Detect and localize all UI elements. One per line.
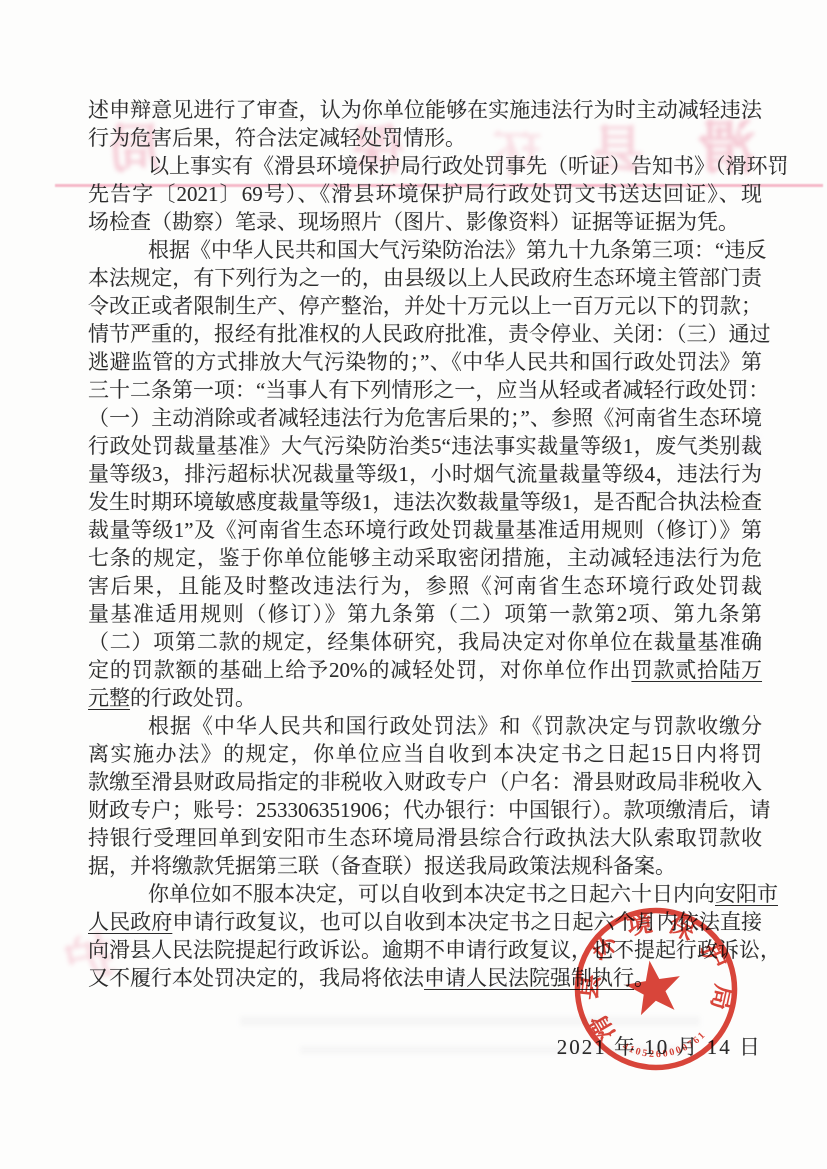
document-body: 述申辩意见进行了审查，认为你单位能够在实施违法行为时主动减轻违法行为危害后果，符…: [88, 96, 762, 992]
text-segment: 先告字〔2021〕69号）、《滑县环境保护局行政处罚文书送达回证》、现: [88, 182, 762, 206]
text-segment: 述申辩意见进行了审查，认为你单位能够在实施违法行为时主动减轻违法: [88, 98, 762, 122]
text-line: 据，并将缴款凭据第三联（备查联）报送我局政策法规科备案。: [88, 852, 762, 880]
text-segment: 。: [634, 966, 655, 990]
text-line: 量基准适用规则（修订）》第九条第（二）项第一款第2项、第九条第: [88, 600, 762, 628]
text-segment: 根据《中华人民共和国大气污染防治法》第九十九条第三项：“违反: [148, 238, 766, 262]
text-line: 元整的行政处罚。: [88, 684, 762, 712]
text-line: 离实施办法》的规定，你单位应当自收到本决定书之日起15日内将罚: [88, 740, 762, 768]
text-segment: 据，并将缴款凭据第三联（备查联）报送我局政策法规科备案。: [88, 854, 676, 878]
text-segment: 三十二条第一项：“当事人有下列情形之一，应当从轻或者减轻行政处罚：: [88, 378, 769, 402]
underlined-text: 元整: [88, 686, 130, 710]
text-segment: 害后果，且能及时整改违法行为，参照《河南省生态环境行政处罚裁: [88, 574, 762, 598]
text-segment: 定的罚款额的基础上给予20%的减轻处罚，对你单位作出: [88, 658, 631, 682]
text-segment: 令改正或者限制生产、停产整治，并处十万元以上一百万元以下的罚款；: [88, 294, 762, 318]
text-line: 令改正或者限制生产、停产整治，并处十万元以上一百万元以下的罚款；: [88, 292, 762, 320]
text-segment: 量等级3，排污超标状况裁量等级1，小时烟气流量裁量等级4，违法行为: [88, 462, 762, 486]
text-segment: （二）项第二款的规定，经集体研究，我局决定对你单位在裁量基准确: [88, 630, 762, 654]
text-line: 又不履行本处罚决定的，我局将依法申请人民法院强制执行。: [88, 964, 762, 992]
text-segment: 持银行受理回单到安阳市生态环境局滑县综合行政执法大队索取罚款收: [88, 826, 762, 850]
text-segment: 你单位如不服本决定，可以自收到本决定书之日起六十日内向: [148, 882, 715, 906]
text-segment: 量基准适用规则（修订）》第九条第（二）项第一款第2项、第九条第: [88, 602, 762, 626]
text-line: 发生时期环境敏感度裁量等级1，违法次数裁量等级1，是否配合执法检查: [88, 488, 762, 516]
text-line: 先告字〔2021〕69号）、《滑县环境保护局行政处罚文书送达回证》、现: [88, 180, 762, 208]
text-segment: 情节严重的，报经有批准权的人民政府批准，责令停业、关闭：（三）通过: [88, 322, 771, 346]
text-segment: 以上事实有《滑县环境保护局行政处罚事先（听证）告知书》（滑环罚: [148, 154, 789, 178]
text-segment: 根据《中华人民共和国行政处罚法》和《罚款决定与罚款收缴分: [148, 714, 762, 738]
text-segment: 款缴至滑县财政局指定的非税收入财政专户（户名：滑县财政局非税收入: [88, 770, 762, 794]
text-line: 七条的规定，鉴于你单位能够主动采取密闭措施，主动减轻违法行为危: [88, 544, 762, 572]
text-line: （二）项第二款的规定，经集体研究，我局决定对你单位在裁量基准确: [88, 628, 762, 656]
text-line: 裁量等级1”及《河南省生态环境行政处罚裁量基准适用规则（修订）》第: [88, 516, 762, 544]
text-segment: 的行政处罚。: [130, 686, 256, 710]
underlined-text: 安阳市: [715, 882, 778, 906]
text-line: 本法规定，有下列行为之一的，由县级以上人民政府生态环境主管部门责: [88, 264, 762, 292]
text-segment: （一）主动消除或者减轻违法行为危害后果的；”、参照《河南省生态环境: [88, 406, 762, 430]
bleedthrough-text-smear: [240, 1016, 700, 1026]
text-segment: 本法规定，有下列行为之一的，由县级以上人民政府生态环境主管部门责: [88, 266, 762, 290]
text-line: 持银行受理回单到安阳市生态环境局滑县综合行政执法大队索取罚款收: [88, 824, 762, 852]
issue-date: 2021 年 10 月 14 日: [88, 1031, 762, 1061]
text-line: 根据《中华人民共和国行政处罚法》和《罚款决定与罚款收缴分: [88, 712, 762, 740]
scanned-document-page: 局保环县滑护 述申辩意见进行了审查，认为你单位能够在实施违法行为时主动减轻违法行…: [0, 0, 827, 1169]
text-line: 你单位如不服本决定，可以自收到本决定书之日起六十日内向安阳市: [88, 880, 762, 908]
text-line: 害后果，且能及时整改违法行为，参照《河南省生态环境行政处罚裁: [88, 572, 762, 600]
text-segment: 场检查（勘察）笔录、现场照片（图片、影像资料）证据等证据为凭。: [88, 210, 739, 234]
text-segment: 七条的规定，鉴于你单位能够主动采取密闭措施，主动减轻违法行为危: [88, 546, 762, 570]
text-segment: 发生时期环境敏感度裁量等级1，违法次数裁量等级1，是否配合执法检查: [88, 490, 762, 514]
underlined-text: 罚款贰拾陆万: [631, 658, 762, 682]
text-line: 行政处罚裁量基准》大气污染防治类5“违法事实裁量等级1，废气类别裁: [88, 432, 762, 460]
text-line: 向滑县人民法院提起行政诉讼。逾期不申请行政复议，也不提起行政诉讼，: [88, 936, 762, 964]
text-line: 款缴至滑县财政局指定的非税收入财政专户（户名：滑县财政局非税收入: [88, 768, 762, 796]
text-line: 财政专户；账号：253306351906；代办银行：中国银行）。款项缴清后，请: [88, 796, 762, 824]
text-segment: 申请行政复议，也可以自收到本决定书之日起六个月内依法直接: [172, 910, 762, 934]
underlined-text: 人民政府: [88, 910, 172, 934]
text-line: 场检查（勘察）笔录、现场照片（图片、影像资料）证据等证据为凭。: [88, 208, 762, 236]
text-line: 定的罚款额的基础上给予20%的减轻处罚，对你单位作出罚款贰拾陆万: [88, 656, 762, 684]
text-line: （一）主动消除或者减轻违法行为危害后果的；”、参照《河南省生态环境: [88, 404, 762, 432]
text-segment: 又不履行本处罚决定的，我局将依法: [88, 966, 424, 990]
text-line: 三十二条第一项：“当事人有下列情形之一，应当从轻或者减轻行政处罚：: [88, 376, 762, 404]
text-segment: 裁量等级1”及《河南省生态环境行政处罚裁量基准适用规则（修订）》第: [88, 518, 762, 542]
text-line: 人民政府申请行政复议，也可以自收到本决定书之日起六个月内依法直接: [88, 908, 762, 936]
text-line: 情节严重的，报经有批准权的人民政府批准，责令停业、关闭：（三）通过: [88, 320, 762, 348]
text-line: 量等级3，排污超标状况裁量等级1，小时烟气流量裁量等级4，违法行为: [88, 460, 762, 488]
text-line: 行为危害后果，符合法定减轻处罚情形。: [88, 124, 762, 152]
text-line: 逃避监管的方式排放大气污染物的；”、《中华人民共和国行政处罚法》第: [88, 348, 762, 376]
text-segment: 财政专户；账号：253306351906；代办银行：中国银行）。款项缴清后，请: [88, 798, 771, 822]
underlined-text: 申请人民法院强制执行: [424, 966, 634, 990]
text-segment: 行为危害后果，符合法定减轻处罚情形。: [88, 126, 466, 150]
text-segment: 向滑县人民法院提起行政诉讼。逾期不申请行政复议，也不提起行政诉讼，: [88, 938, 781, 962]
text-segment: 行政处罚裁量基准》大气污染防治类5“违法事实裁量等级1，废气类别裁: [88, 434, 762, 458]
text-line: 根据《中华人民共和国大气污染防治法》第九十九条第三项：“违反: [88, 236, 762, 264]
text-line: 述申辩意见进行了审查，认为你单位能够在实施违法行为时主动减轻违法: [88, 96, 762, 124]
text-segment: 逃避监管的方式排放大气污染物的；”、《中华人民共和国行政处罚法》第: [88, 350, 762, 374]
text-line: 以上事实有《滑县环境保护局行政处罚事先（听证）告知书》（滑环罚: [88, 152, 762, 180]
text-segment: 离实施办法》的规定，你单位应当自收到本决定书之日起15日内将罚: [88, 742, 762, 766]
